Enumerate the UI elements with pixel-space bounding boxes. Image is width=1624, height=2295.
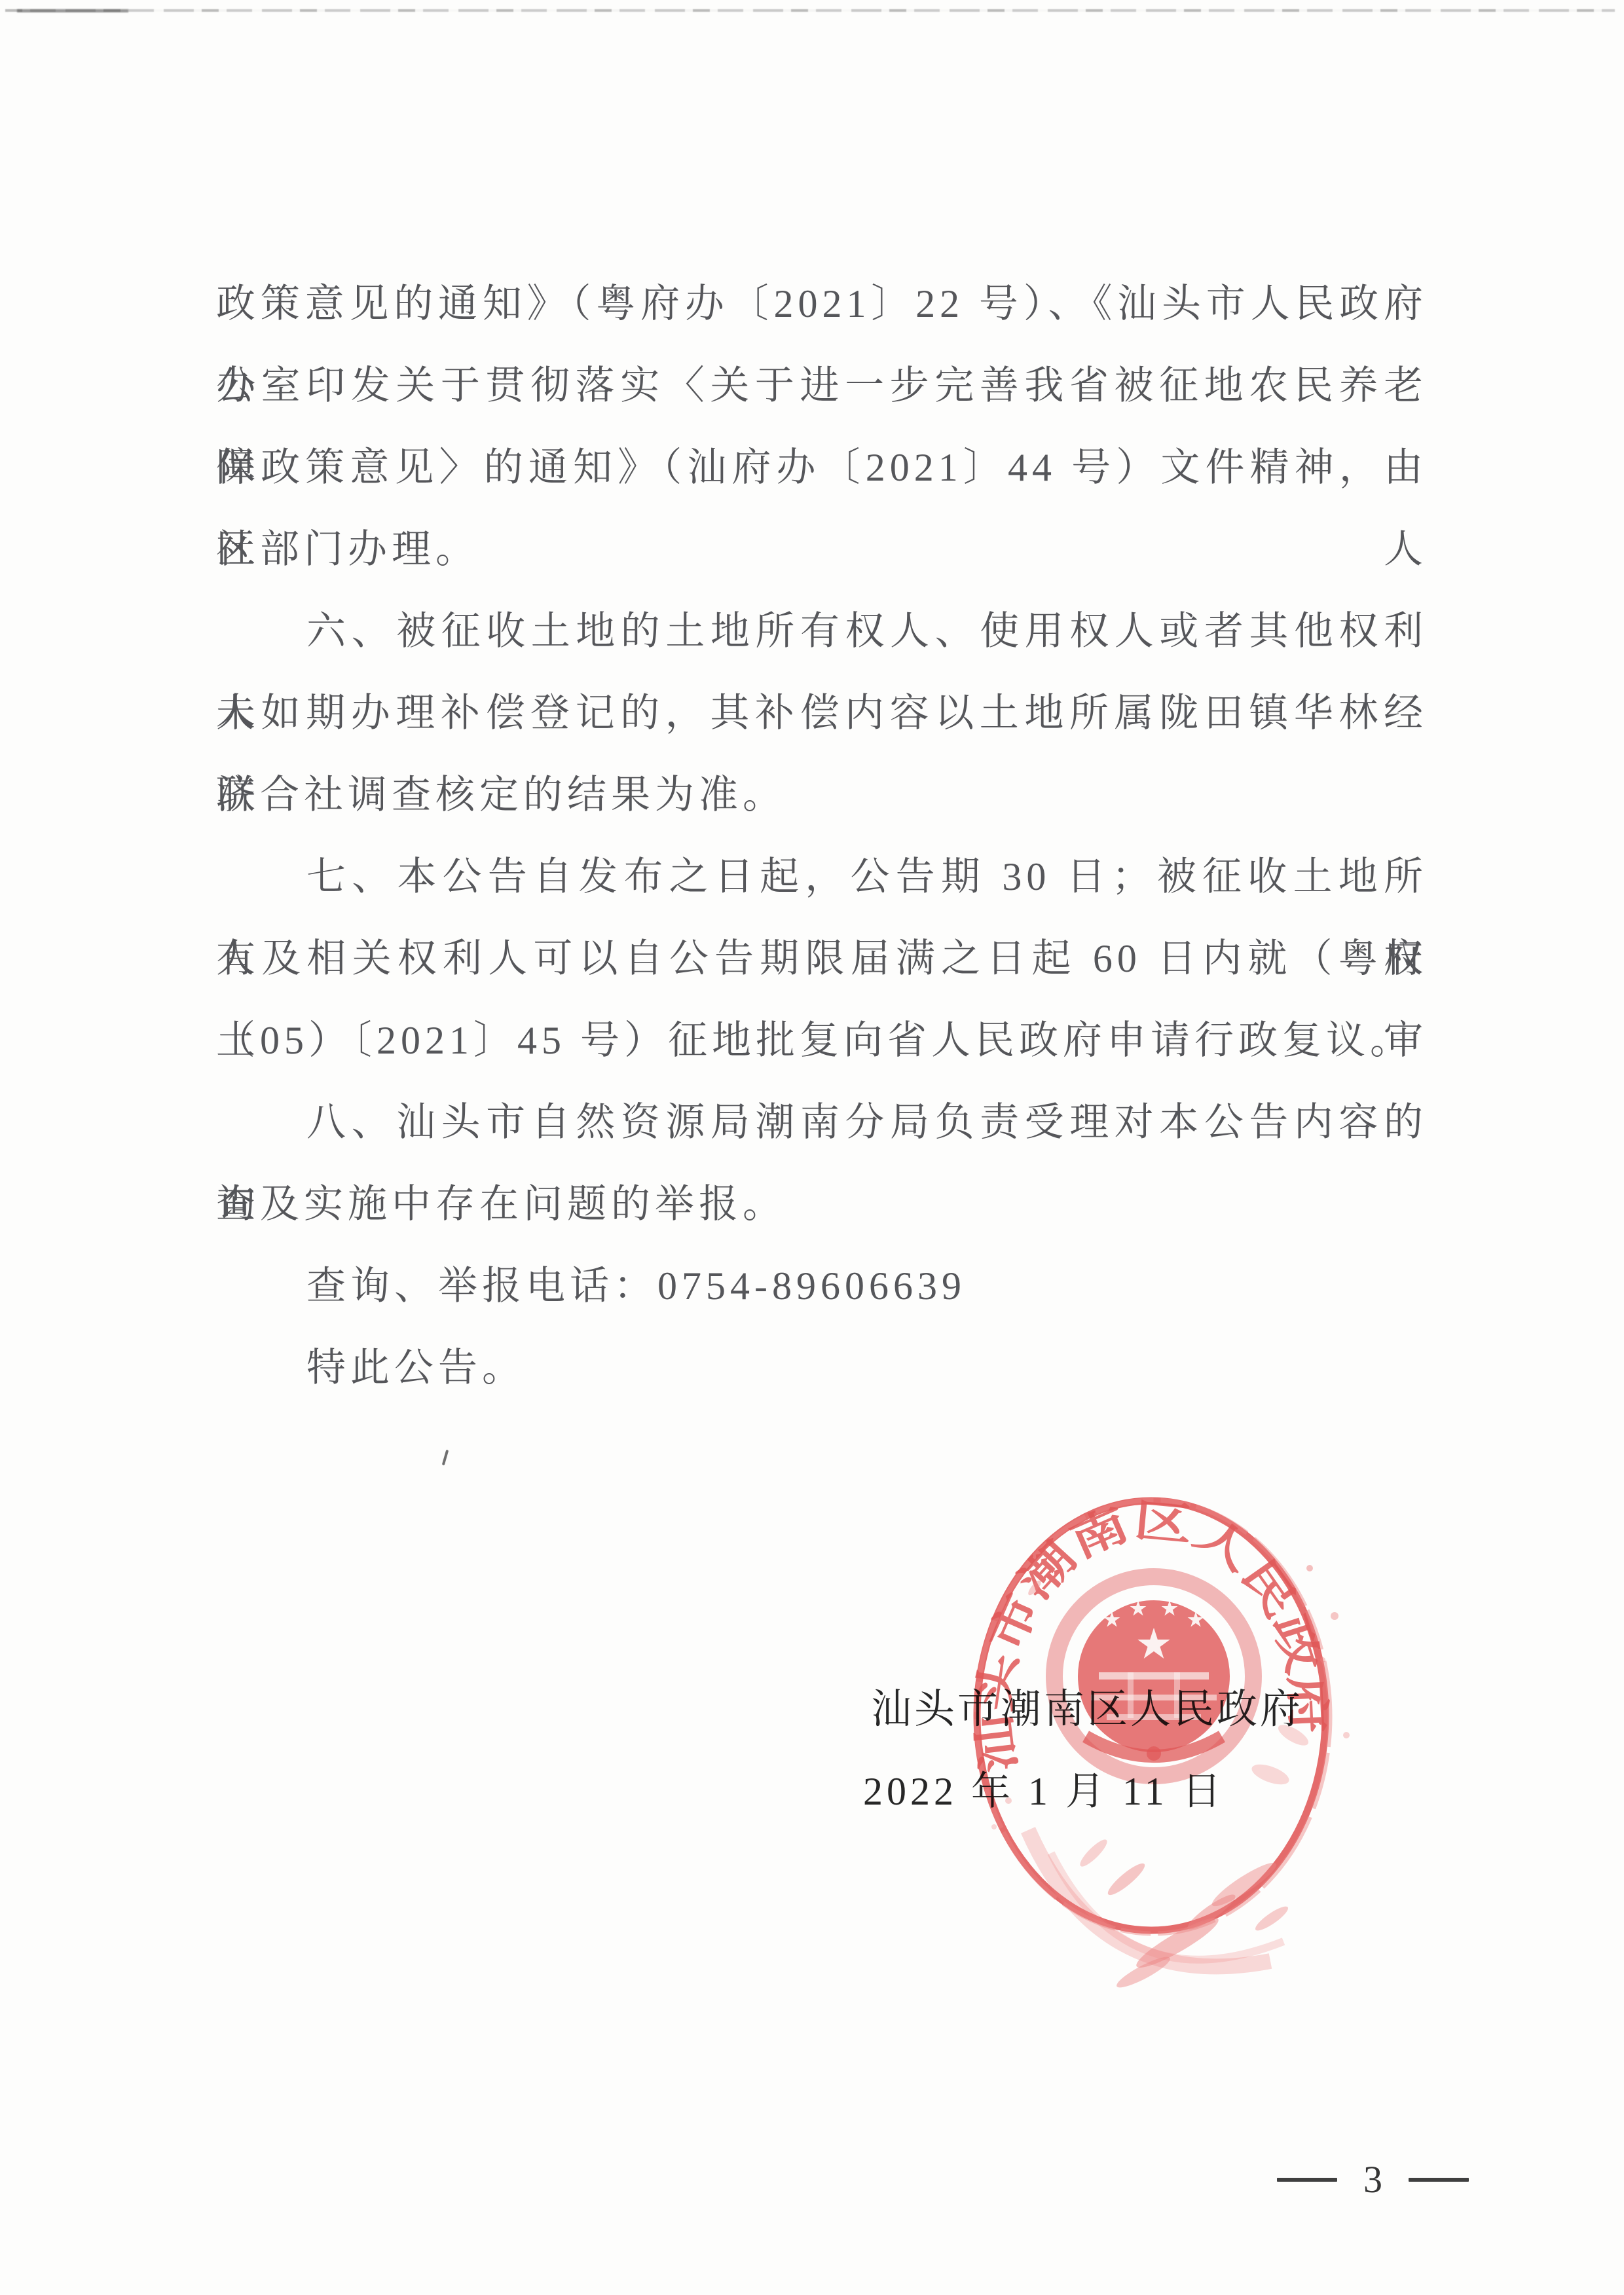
body-line: 七、本公告自发布之日起，公告期 30 日；被征收土地所有权: [216, 836, 1428, 918]
body-line: 询及实施中存在问题的举报。: [216, 1164, 1428, 1245]
page-number-right-dash: [1409, 2178, 1469, 2182]
body-line: 未如期办理补偿登记的，其补偿内容以土地所属陇田镇华林经济: [216, 672, 1428, 754]
document-page: 政策意见的通知》（粤府办〔2021〕22 号）、《汕头市人民政府办公室印发关于贯…: [0, 0, 1624, 2295]
body-line: 政策意见的通知》（粤府办〔2021〕22 号）、《汕头市人民政府办: [216, 263, 1428, 345]
body-line: 查询、举报电话：0754-89606639: [216, 1245, 1428, 1327]
body-line: 公室印发关于贯彻落实〈关于进一步完善我省被征地农民养老保: [216, 345, 1428, 427]
body-line: 人及相关权利人可以自公告期限届满之日起 60 日内就（粤府土审: [216, 918, 1428, 1000]
body-line: （05）〔2021〕45 号）征地批复向省人民政府申请行政复议。: [216, 1000, 1428, 1082]
body-text: 政策意见的通知》（粤府办〔2021〕22 号）、《汕头市人民政府办公室印发关于贯…: [216, 263, 1428, 1409]
national-emblem-icon: [1054, 1577, 1253, 1776]
body-line: 特此公告。: [216, 1327, 1428, 1409]
body-line: 障政策意见〉的通知》（汕府办〔2021〕44 号）文件精神，由区人: [216, 427, 1428, 509]
page-number-value: 3: [1363, 2161, 1382, 2199]
scan-artifact-line: [5, 9, 1615, 12]
body-line: 联合社调查核定的结果为准。: [216, 754, 1428, 836]
body-line: 八、汕头市自然资源局潮南分局负责受理对本公告内容的查: [216, 1082, 1428, 1164]
page-number-left-dash: [1277, 2178, 1337, 2182]
body-line: 六、被征收土地的土地所有权人、使用权人或者其他权利人: [216, 591, 1428, 672]
page-number: 3: [1277, 2161, 1469, 2199]
government-seal: 汕头市潮南区人民政府: [930, 1460, 1375, 2010]
ink-speck-artifact: [442, 1450, 449, 1465]
